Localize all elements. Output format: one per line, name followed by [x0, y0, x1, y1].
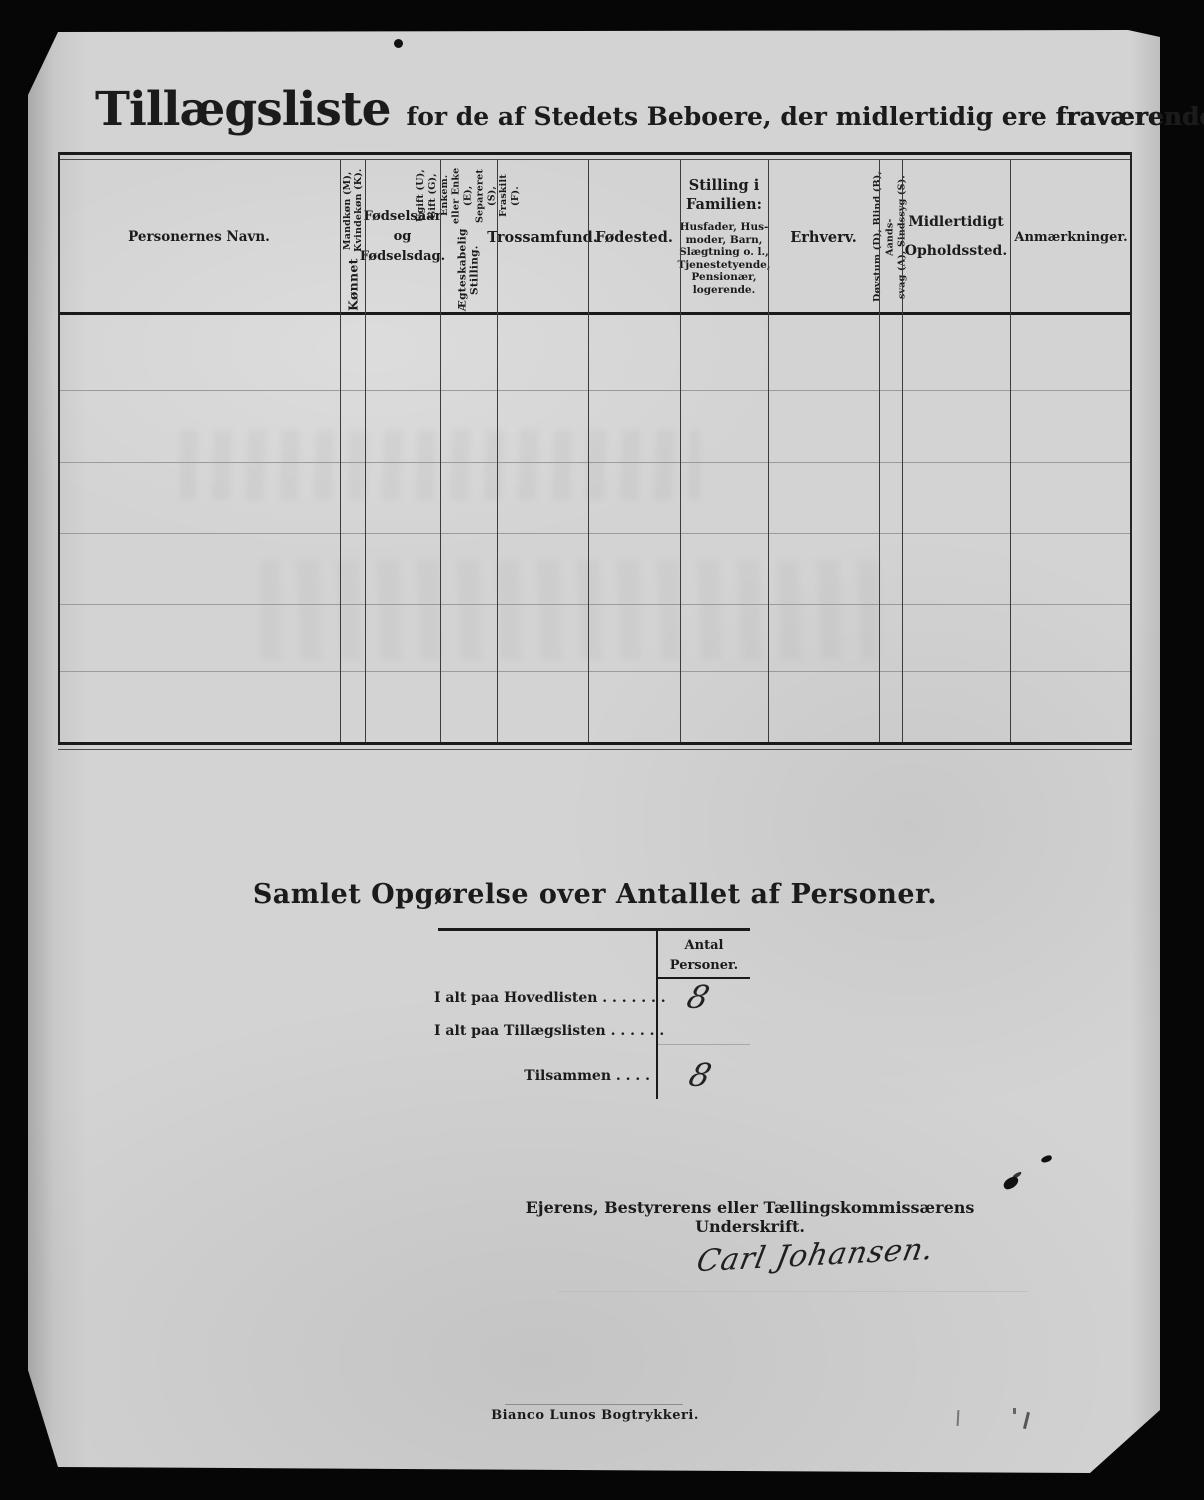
- summary-row-hovedlisten-label: I alt paa Hovedlisten . . . . . . .: [434, 990, 650, 1006]
- column-header-anmaerkninger: Anmærkninger.: [1010, 162, 1132, 312]
- column-line: [1010, 160, 1011, 742]
- table-bottom-rule: [58, 742, 1132, 745]
- signature-label: Ejerens, Bestyrerens eller Tællingskommi…: [500, 1198, 1000, 1236]
- table-row-line: [59, 604, 1131, 605]
- table-left-edge: [58, 152, 60, 745]
- summary-row-tilsammen-label: Tilsammen . . . .: [434, 1068, 650, 1084]
- column-header-stilling-i-familien: Stilling i Familien: Husfader, Hus- mode…: [680, 162, 768, 312]
- header-label: Fødested.: [595, 229, 673, 246]
- column-header-midlertidigt-opholdssted: Midlertidigt Opholdssted.: [902, 162, 1010, 312]
- header-label: Erhverv.: [790, 229, 857, 246]
- handwritten-count-tilsammen: 8: [686, 1058, 715, 1091]
- column-line: [440, 160, 441, 742]
- header-label: Kønnet: [345, 258, 360, 311]
- table-row-line: [59, 462, 1131, 463]
- ink-dot: [394, 39, 403, 48]
- header-label: Stilling i Familien:: [686, 177, 762, 215]
- header-label: Trossamfund.: [487, 229, 598, 246]
- table-row-line: [59, 533, 1131, 534]
- header-label: Personernes Navn.: [128, 229, 270, 245]
- subtitle-emphasis: fraværende.: [1056, 102, 1204, 131]
- summary-top-rule: [438, 928, 750, 931]
- column-header-dovstum: Døvstum (D), Blind (B), Aands- svag (A),…: [879, 162, 902, 312]
- summary-table: Antal Personer. I alt paa Hovedlisten . …: [438, 928, 750, 1100]
- column-line: [340, 160, 341, 742]
- column-line: [497, 160, 498, 742]
- scanned-census-page: Tillægsliste for de af Stedets Beboere, …: [0, 0, 1204, 1500]
- page-title: Tillægsliste: [95, 82, 390, 137]
- column-header-fodested: Fødested.: [588, 162, 680, 312]
- table-row-line: [59, 671, 1131, 672]
- table-bottom-rule-thin: [58, 749, 1132, 750]
- header-bottom-rule: [58, 312, 1132, 315]
- column-header-personernes-navn: Personernes Navn.: [58, 162, 340, 312]
- header-label: Ægteskabelig Stilling.: [457, 228, 481, 311]
- table-top-rule: [58, 152, 1132, 155]
- signature-line: [558, 1291, 1028, 1292]
- footer-rule: [505, 1404, 683, 1405]
- summary-sum-rule: [658, 1044, 750, 1045]
- column-line: [365, 160, 366, 742]
- column-line: [768, 160, 769, 742]
- table-right-edge: [1130, 152, 1132, 745]
- table-row-line: [59, 390, 1131, 391]
- title-bar: Tillægsliste for de af Stedets Beboere, …: [95, 82, 1115, 137]
- column-line: [588, 160, 589, 742]
- column-line: [680, 160, 681, 742]
- header-label: Midlertidigt Opholdssted.: [905, 208, 1007, 267]
- column-header-erhverv: Erhverv.: [768, 162, 879, 312]
- header-sublabel: Husfader, Hus- moder, Barn, Slægtning o.…: [678, 221, 771, 297]
- pen-mark: [1013, 1408, 1016, 1414]
- column-line: [902, 160, 903, 742]
- printer-imprint: Bianco Lunos Bogtrykkeri.: [435, 1408, 755, 1423]
- handwritten-count-hovedlisten: 8: [684, 980, 713, 1013]
- page-subtitle: for de af Stedets Beboere, der midlertid…: [406, 102, 1204, 131]
- subtitle-text: for de af Stedets Beboere, der midlertid…: [406, 102, 1046, 131]
- column-header-trossamfund: Trossamfund.: [497, 162, 588, 312]
- census-table: Personernes Navn. Kønnet Mandkøn (M), Kv…: [58, 152, 1132, 752]
- summary-row-tillaegslisten-label: I alt paa Tillægslisten . . . . . .: [434, 1023, 650, 1039]
- summary-column-header: Antal Personer.: [658, 936, 750, 975]
- summary-title: Samlet Opgørelse over Antallet af Person…: [250, 879, 940, 910]
- table-top-rule-thin: [58, 159, 1132, 160]
- column-line: [879, 160, 880, 742]
- header-label: Anmærkninger.: [1014, 230, 1127, 245]
